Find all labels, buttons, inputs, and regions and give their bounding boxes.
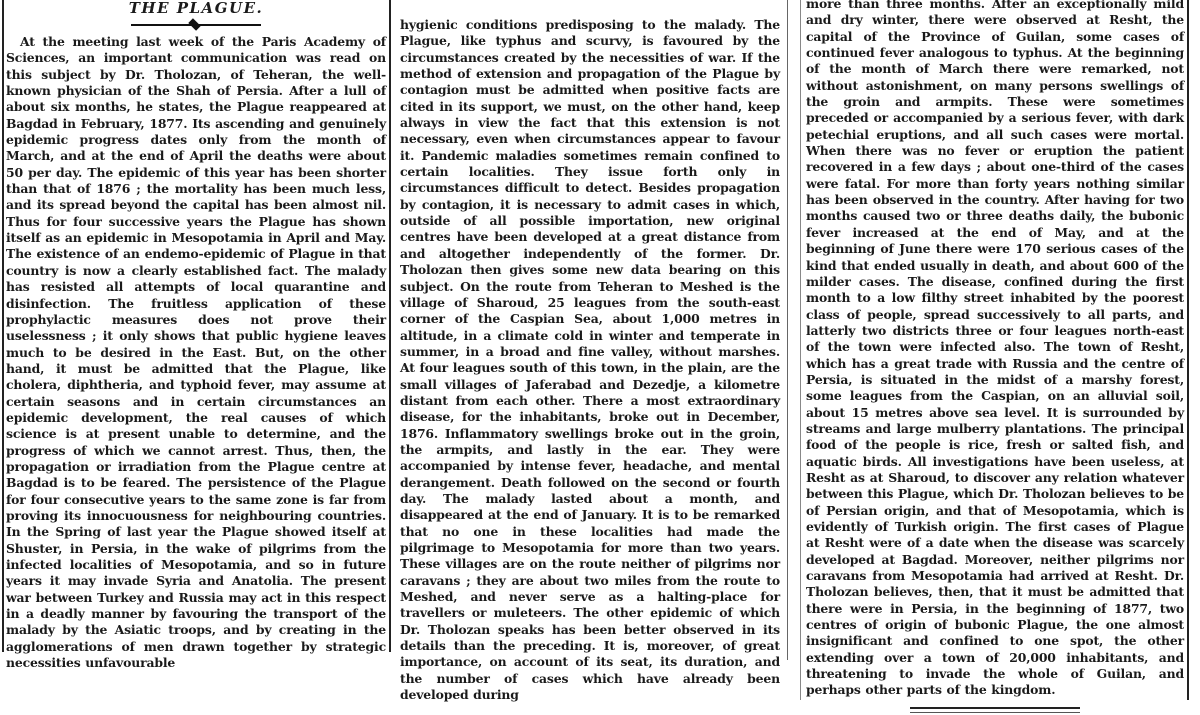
right-border-rule bbox=[1187, 0, 1189, 700]
end-double-rule bbox=[910, 707, 1080, 713]
column-1-text: At the meeting last week of the Paris Ac… bbox=[6, 34, 386, 671]
column-divider-1 bbox=[389, 0, 391, 652]
article-title: THE PLAGUE. bbox=[6, 0, 386, 18]
column-2: hygienic conditions predisposing to the … bbox=[400, 17, 780, 703]
left-border-rule bbox=[2, 0, 4, 652]
column-3: more than three months. After an excepti… bbox=[806, 0, 1184, 715]
column-1: THE PLAGUE. At the meeting last week of … bbox=[6, 0, 386, 671]
column-2-text: hygienic conditions predisposing to the … bbox=[400, 17, 780, 703]
column-divider-2 bbox=[787, 0, 788, 660]
column-divider-3 bbox=[800, 0, 801, 700]
ornament-divider-icon bbox=[131, 18, 261, 32]
column-3-text: more than three months. After an excepti… bbox=[806, 0, 1184, 699]
